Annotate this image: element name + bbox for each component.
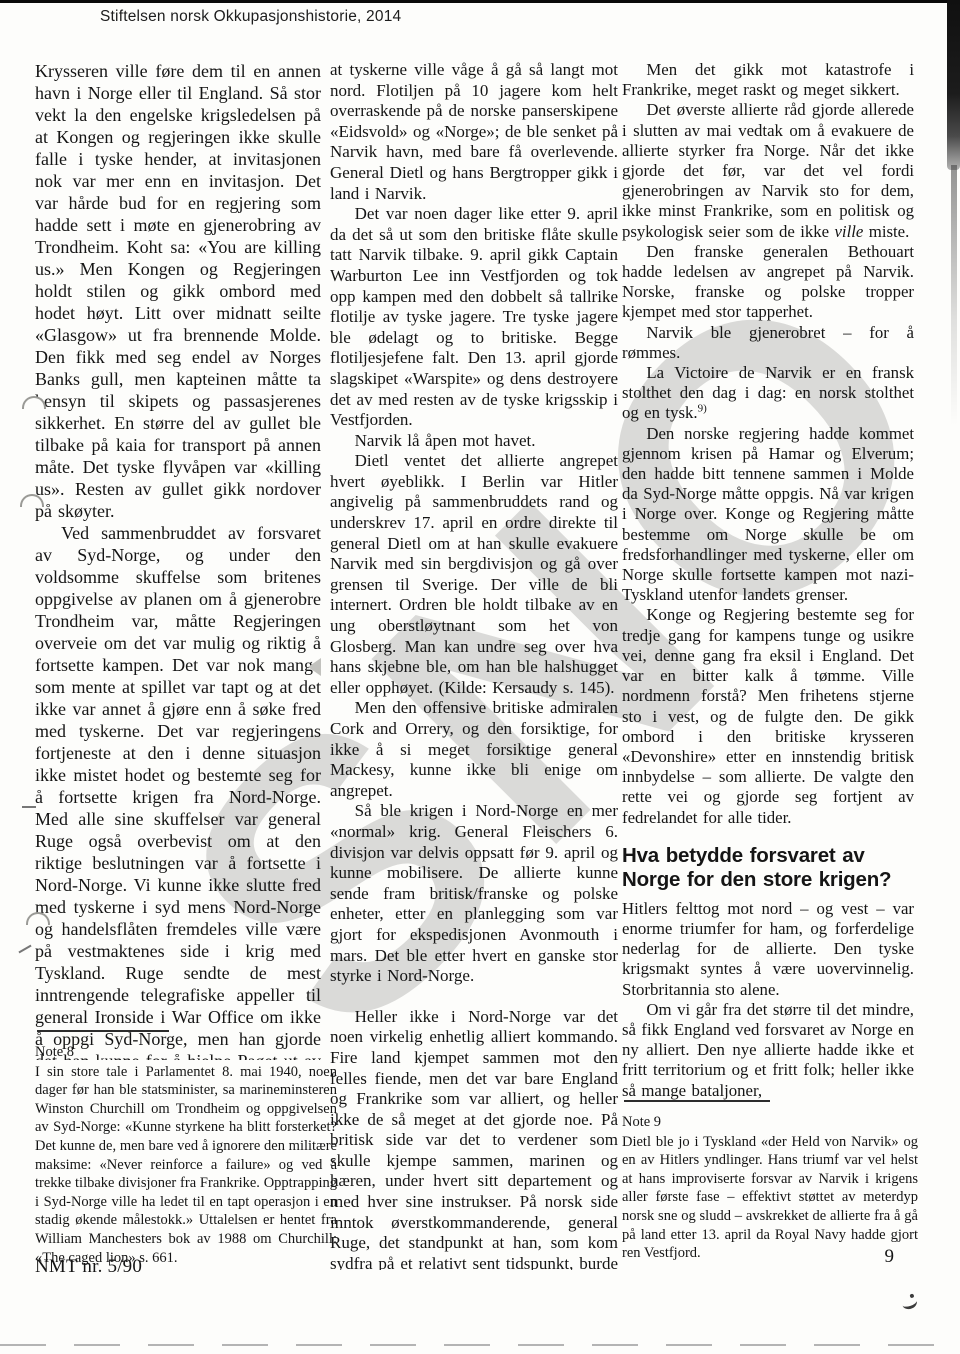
paragraph-text: miste. [863,222,909,241]
text-column-2: at tyskerne ville våge å gå så langt mot… [330,60,618,1270]
paragraph: Heller ikke i Nord-Norge var det noen vi… [330,1007,618,1270]
pen-dash-mark [18,945,31,954]
paragraph-text: Ved sammenbruddet av forsvaret av Syd-No… [35,523,321,1060]
paragraph: Så ble krigen i Nord-Norge en mer «norma… [330,801,618,986]
paragraph: Det var noen dager like etter 9. april d… [330,204,618,431]
text-column-3: Men det gikk mot katastrofe i Frankrike,… [622,60,914,1102]
paragraph: Hitlers felttog mot nord – og vest – var… [622,899,914,1000]
paragraph: Konge og Regjering bestemte seg for tred… [622,605,914,827]
paragraph: at tyskerne ville våge å gå så langt mot… [330,60,618,204]
scan-top-edge-line [0,0,960,3]
paragraph: Dietl ventet det allierte angrepet hvert… [330,451,618,698]
paragraph: Narvik lå åpen mot havet. [330,431,618,452]
paragraph: Den franske generalen Bethouart hadde le… [622,242,914,323]
scan-bottom-edge-line [0,1344,960,1346]
paragraph: Ved sammenbruddet av forsvaret av Syd-No… [35,522,321,1060]
footnote-body: I sin store tale i Parlamentet 8. mai 19… [35,1063,337,1268]
scan-gray-wedge [308,658,321,676]
paragraph: Krysseren ville føre dem til en annen ha… [35,60,321,522]
paragraph: Om vi går fra det større til det mindre,… [622,1000,914,1101]
pen-dash-mark [22,806,36,808]
footnote-rule [624,1100,770,1102]
footnote-title: Note 8 [35,1043,337,1062]
journal-issue-label: NMT nr. 5/90 [35,1256,142,1278]
paragraph: Men det gikk mot katastrofe i Frankrike,… [622,60,914,100]
ink-scribble-mark [901,1295,919,1311]
footnote-ref-9: 9) [698,403,707,415]
paragraph: Den norske regjering hadde kommet gjenno… [622,424,914,606]
paragraph: Narvik ble gjenerobret – for å rømmes. [622,323,914,363]
scan-right-edge-strip [947,0,960,170]
text-column-1: Krysseren ville føre dem til en annen ha… [35,60,321,1060]
footnote-title: Note 9 [622,1113,918,1132]
footnote-body: Dietl ble jo i Tyskland «der Held von Na… [622,1133,918,1263]
footnote-9: Note 9 Dietl ble jo i Tyskland «der Held… [622,1100,918,1263]
paragraph-text: La Victoire de Narvik er en fransk stolt… [622,363,914,422]
scan-header-title: Stiftelsen norsk Okkupasjonshistorie, 20… [100,8,401,26]
emphasized-word: ville [834,222,863,241]
scan-right-edge-fade [951,165,957,425]
page-number: 9 [860,1246,894,1268]
footnote-rule [37,1030,169,1032]
paragraph: La Victoire de Narvik er en fransk stolt… [622,363,914,424]
paragraph: Men den offensive britiske admiralen Cor… [330,698,618,801]
paragraph-text: Det øverste allierte råd gjorde allerede… [622,100,914,240]
footnote-8: Note 8 I sin store tale i Parlamentet 8.… [35,1030,337,1267]
paragraph: Det øverste allierte råd gjorde allerede… [622,100,914,241]
section-heading-hva-betydde: Hva betydde forsvaret av Norge for den s… [622,844,914,893]
